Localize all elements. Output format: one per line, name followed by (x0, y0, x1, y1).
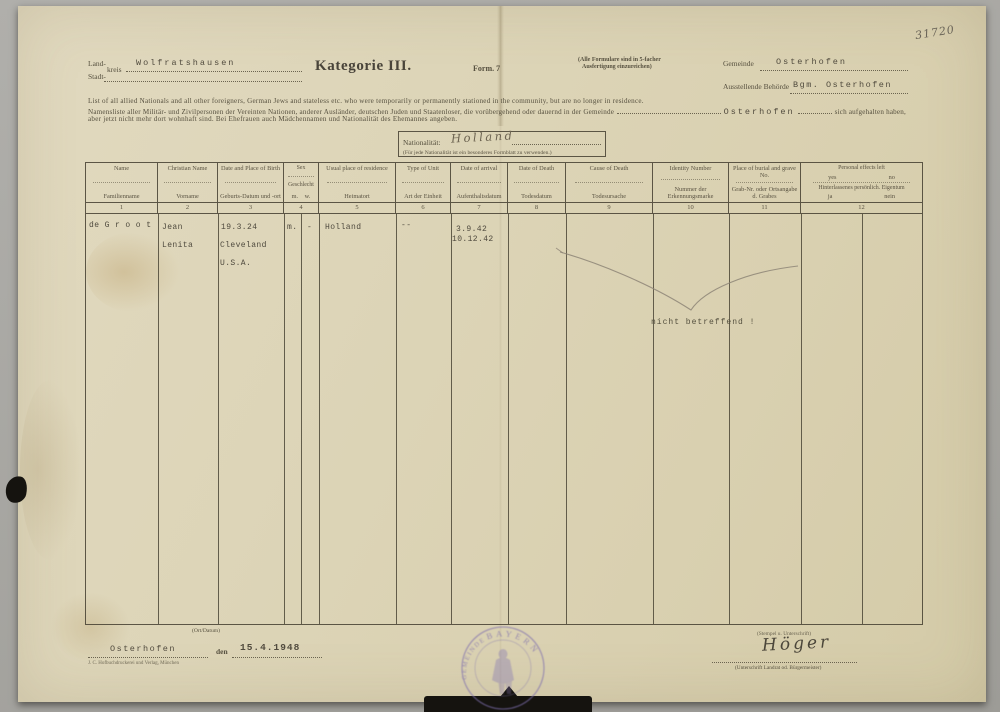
svg-text:GEMEINDE: GEMEINDE (461, 636, 487, 679)
effects-nein-label: nein (884, 193, 895, 200)
col-header-en: Identity Number (670, 165, 712, 172)
column-rule (396, 214, 397, 624)
page-title: Kategorie III. (315, 58, 412, 75)
column-rule (319, 214, 320, 624)
col-header-de: Todesdatum (521, 193, 552, 200)
form-number: Form. 7 (473, 64, 500, 73)
place-value: Osterhofen (110, 644, 176, 654)
col-number: 1 (86, 203, 158, 213)
scanned-document: 31720 Land- kreis Stadt- Wolfratshausen … (0, 0, 1000, 712)
row-birth-place-1: Cleveland (220, 241, 267, 250)
effects-yes-no-en: yes no (802, 174, 921, 181)
header-divider (457, 182, 501, 183)
col-number: 9 (566, 203, 653, 213)
effects-ja-label: ja (828, 193, 833, 200)
col-header-birth: Date and Place of Birth Geburts-Datum un… (218, 163, 284, 202)
district-rule (126, 70, 302, 72)
col-number: 3 (218, 203, 284, 213)
col-header-christian-name: Christian Name Vorname (158, 163, 218, 202)
col-number: 10 (653, 203, 729, 213)
col-header-residence: Usual place of residence Heimatort (319, 163, 396, 202)
header-divider (575, 182, 644, 183)
col-number: 11 (729, 203, 801, 213)
header-divider (514, 182, 559, 183)
header-divider (327, 182, 388, 183)
nationality-rule (512, 137, 601, 145)
den-label: den (216, 647, 228, 656)
header-divider (225, 182, 277, 183)
signature-label: (Unterschrift Landrat od. Bürgermeister) (735, 665, 821, 671)
gemeinde-rule (760, 69, 908, 71)
col-number: 5 (319, 203, 396, 213)
col-header-death-date: Date of Death Todesdatum (508, 163, 566, 202)
col-header-de: Todesursache (592, 193, 626, 200)
nationality-label: Nationalität: (403, 138, 441, 147)
land-label: Land- (88, 59, 106, 68)
header-divider (402, 182, 445, 183)
row-residence: Holland (325, 223, 361, 232)
district-value: Wolfratshausen (136, 58, 235, 68)
col-number: 12 (801, 203, 922, 213)
column-rule (218, 214, 219, 624)
col-header-de: Art der Einheit (404, 193, 442, 200)
gemeinde-value: Osterhofen (776, 57, 847, 67)
col-header-en: Type of Unit (407, 165, 439, 172)
col-header-en: Personal effects left (838, 165, 885, 172)
nationality-note: (Für jede Nationalität ist ein besondere… (403, 150, 601, 156)
effects-yes-label: yes (828, 174, 836, 181)
intro-leader-dots2 (798, 106, 832, 114)
place-rule (88, 656, 208, 658)
signature-rule (712, 661, 857, 663)
col-header-en: Place of burial and grave No. (730, 165, 799, 179)
intro-de1-suffix: sich aufgehalten haben, (835, 108, 906, 116)
col-header-en: Date of arrival (461, 165, 498, 172)
col-header-de: Heimatort (344, 193, 370, 200)
col-header-de: Grab-Nr. oder Ortsangabe d. Grabes (730, 186, 799, 200)
kreis-label: kreis (107, 65, 122, 74)
intro-gemeinde-value: Osterhofen (724, 107, 795, 117)
col-header-en: Date of Death (519, 165, 554, 172)
ort-datum-label: (Ort/Datum) (192, 628, 220, 634)
sex-m-label: m. (292, 193, 298, 200)
col-header-en: Usual place of residence (326, 165, 388, 172)
gemeinde-bayern-stamp: BAYERN GEMEINDE (455, 620, 551, 712)
row-sex-w: - (307, 223, 312, 232)
intro-leader-dots (617, 106, 721, 114)
col-header-effects: Personal effects left yes no Hinterlasse… (801, 163, 922, 202)
intro-line-en: List of all allied Nationals and all oth… (88, 97, 644, 105)
stamp-emblem (492, 649, 514, 694)
date-value: 15.4.1948 (240, 642, 300, 653)
header-divider (736, 182, 793, 183)
intro-line-de2: aber jetzt nicht mehr dort wohnhaft sind… (88, 115, 457, 123)
row-birth-date: 19.3.24 (221, 223, 257, 232)
effects-yes-no-de: ja nein (802, 193, 921, 200)
col-header-de: Aufenthaltsdatum (456, 193, 501, 200)
col-header-burial: Place of burial and grave No. Grab-Nr. o… (729, 163, 801, 202)
col-header-en: Christian Name (168, 165, 208, 172)
col-header-de: Nummer der Erkennungsmarke (654, 186, 727, 200)
col-number: 4 (284, 203, 319, 213)
behoerde-value: Bgm. Osterhofen (793, 80, 892, 90)
column-rule (158, 214, 159, 624)
nationality-value-handwritten: Holland (450, 128, 514, 145)
header-divider (93, 182, 150, 183)
row-christian-name-1: Jean (162, 223, 183, 232)
copies-note-line1: (Alle Formulare sind in 5-facher (578, 57, 661, 63)
row-name: de G r o o t (89, 221, 151, 230)
table-body: de G r o o t Jean Lenita 19.3.24 Clevela… (86, 214, 922, 624)
date-rule (232, 656, 322, 658)
sex-w-label: w. (305, 193, 311, 200)
col-number: 8 (508, 203, 566, 213)
col-header-de: Vorname (176, 193, 199, 200)
column-rule (301, 214, 302, 624)
col-header-en: Date and Place of Birth (221, 165, 280, 172)
col-number: 2 (158, 203, 218, 213)
col-header-en: Name (114, 165, 129, 172)
col-header-identity: Identity Number Nummer der Erkennungsmar… (653, 163, 729, 202)
copies-note-line2: Ausfertigung einzureichen) (582, 64, 652, 70)
column-rule (862, 214, 863, 624)
row-birth-place-2: U.S.A. (220, 259, 251, 268)
nationality-box: Nationalität: Holland (Für jede National… (398, 131, 606, 157)
row-arrival-2: 10.12.42 (452, 235, 494, 244)
stadt-rule (104, 80, 302, 82)
header-divider (813, 182, 911, 183)
column-rule (508, 214, 509, 624)
header-divider (661, 179, 721, 180)
header-divider (288, 176, 314, 177)
behoerde-label: Ausstellende Behörde (723, 82, 789, 91)
col-number: 6 (396, 203, 451, 213)
col-number: 7 (451, 203, 508, 213)
col-header-death-cause: Cause of Death Todesursache (566, 163, 653, 202)
col-header-de: Geschlecht (288, 182, 314, 189)
record-table: Name Familienname Christian Name Vorname… (85, 162, 923, 625)
column-rule (451, 214, 452, 624)
printer-imprint: J. C. Hofbuchdruckerei und Verlag, Münch… (88, 661, 179, 666)
stamp-left-text: GEMEINDE (461, 636, 487, 679)
col-header-unit: Type of Unit Art der Einheit (396, 163, 451, 202)
signature-handwritten: Höger (762, 632, 832, 656)
row-christian-name-2: Lenita (162, 241, 193, 250)
col-header-de: Familienname (103, 193, 139, 200)
col-header-name: Name Familienname (86, 163, 158, 202)
col-header-en: Cause of Death (590, 165, 629, 172)
row-unit: -- (401, 221, 411, 230)
pencil-checkmark-stroke (546, 240, 816, 330)
sex-subheader: m. w. (285, 193, 317, 200)
col-header-sex: Sex Geschlecht m. w. (284, 163, 319, 202)
col-header-arrival: Date of arrival Aufenthaltsdatum (451, 163, 508, 202)
table-header-row: Name Familienname Christian Name Vorname… (86, 163, 922, 203)
col-header-en: Sex (297, 165, 306, 172)
header-divider (164, 182, 211, 183)
col-header-de: Hinterlassenes persönlich. Eigentum (818, 185, 904, 192)
effects-no-label: no (889, 174, 895, 181)
row-sex-m: m. (287, 223, 297, 232)
table-number-row: 1 2 3 4 5 6 7 8 9 10 11 12 (86, 203, 922, 214)
row-arrival-1: 3.9.42 (456, 225, 487, 234)
behoerde-rule (790, 92, 908, 94)
col-header-de: Geburts-Datum und -ort (220, 193, 281, 200)
gemeinde-label: Gemeinde (723, 59, 754, 68)
column-rule (284, 214, 285, 624)
